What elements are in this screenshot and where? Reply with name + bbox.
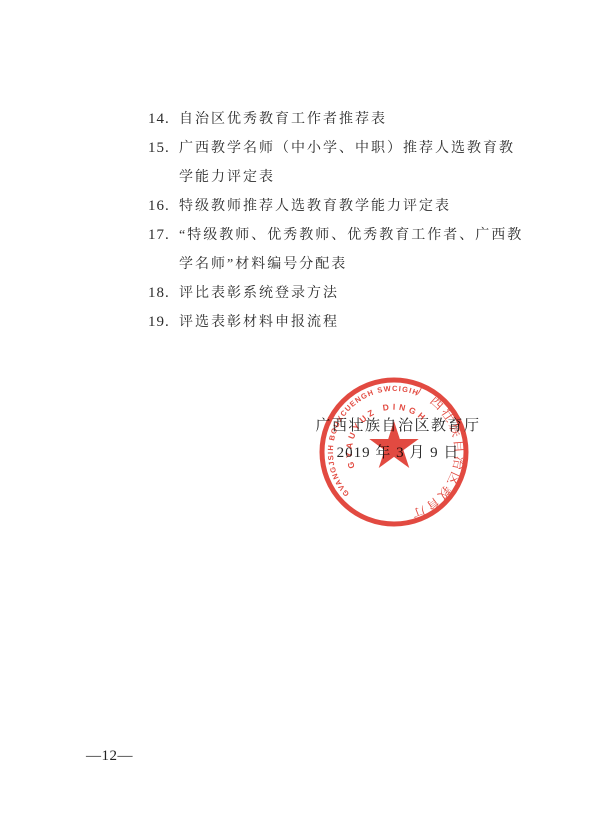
list-item-number: 19. — [148, 308, 179, 337]
list-item-text: “特级教师、优秀教师、优秀教育工作者、广西教 — [179, 221, 523, 250]
seal-star-icon — [369, 421, 418, 468]
list-item-number: 17. — [148, 221, 179, 250]
list-item-continuation: 学能力评定表 — [148, 163, 548, 192]
list-item-text: 评比表彰系统登录方法 — [179, 279, 339, 308]
list-item: 16. 特级教师推荐人选教育教学能力评定表 — [148, 192, 548, 221]
list-item: 15. 广西教学名师（中小学、中职）推荐人选教育教 — [148, 134, 548, 163]
list-item: 19. 评选表彰材料申报流程 — [148, 308, 548, 337]
svg-text:广西壮族自治区教育厅: 广西壮族自治区教育厅 — [408, 384, 468, 523]
list-item-text: 自治区优秀教育工作者推荐表 — [179, 105, 387, 134]
official-seal-stamp: GVANGJSIH BOUXCUENGH SWCIGIH 广西壮族自治区教育厅 … — [309, 367, 479, 537]
list-item: 18. 评比表彰系统登录方法 — [148, 279, 548, 308]
page-number: —12— — [86, 748, 133, 765]
list-item-number: 18. — [148, 279, 179, 308]
list-item-number: 16. — [148, 192, 179, 221]
list-item-number: 15. — [148, 134, 179, 163]
document-page: 14. 自治区优秀教育工作者推荐表 15. 广西教学名师（中小学、中职）推荐人选… — [0, 0, 591, 837]
seal-ring-cjk-text: 广西壮族自治区教育厅 — [408, 384, 468, 523]
attachment-list: 14. 自治区优秀教育工作者推荐表 15. 广西教学名师（中小学、中职）推荐人选… — [148, 105, 548, 337]
list-item-text: 学名师”材料编号分配表 — [179, 250, 347, 279]
list-item: 14. 自治区优秀教育工作者推荐表 — [148, 105, 548, 134]
list-item: 17. “特级教师、优秀教师、优秀教育工作者、广西教 — [148, 221, 548, 250]
list-item-number: 14. — [148, 105, 179, 134]
list-item-continuation: 学名师”材料编号分配表 — [148, 250, 548, 279]
list-item-text: 广西教学名师（中小学、中职）推荐人选教育教 — [179, 134, 515, 163]
list-item-text: 特级教师推荐人选教育教学能力评定表 — [179, 192, 451, 221]
list-item-text: 评选表彰材料申报流程 — [179, 308, 339, 337]
list-item-text: 学能力评定表 — [179, 163, 275, 192]
